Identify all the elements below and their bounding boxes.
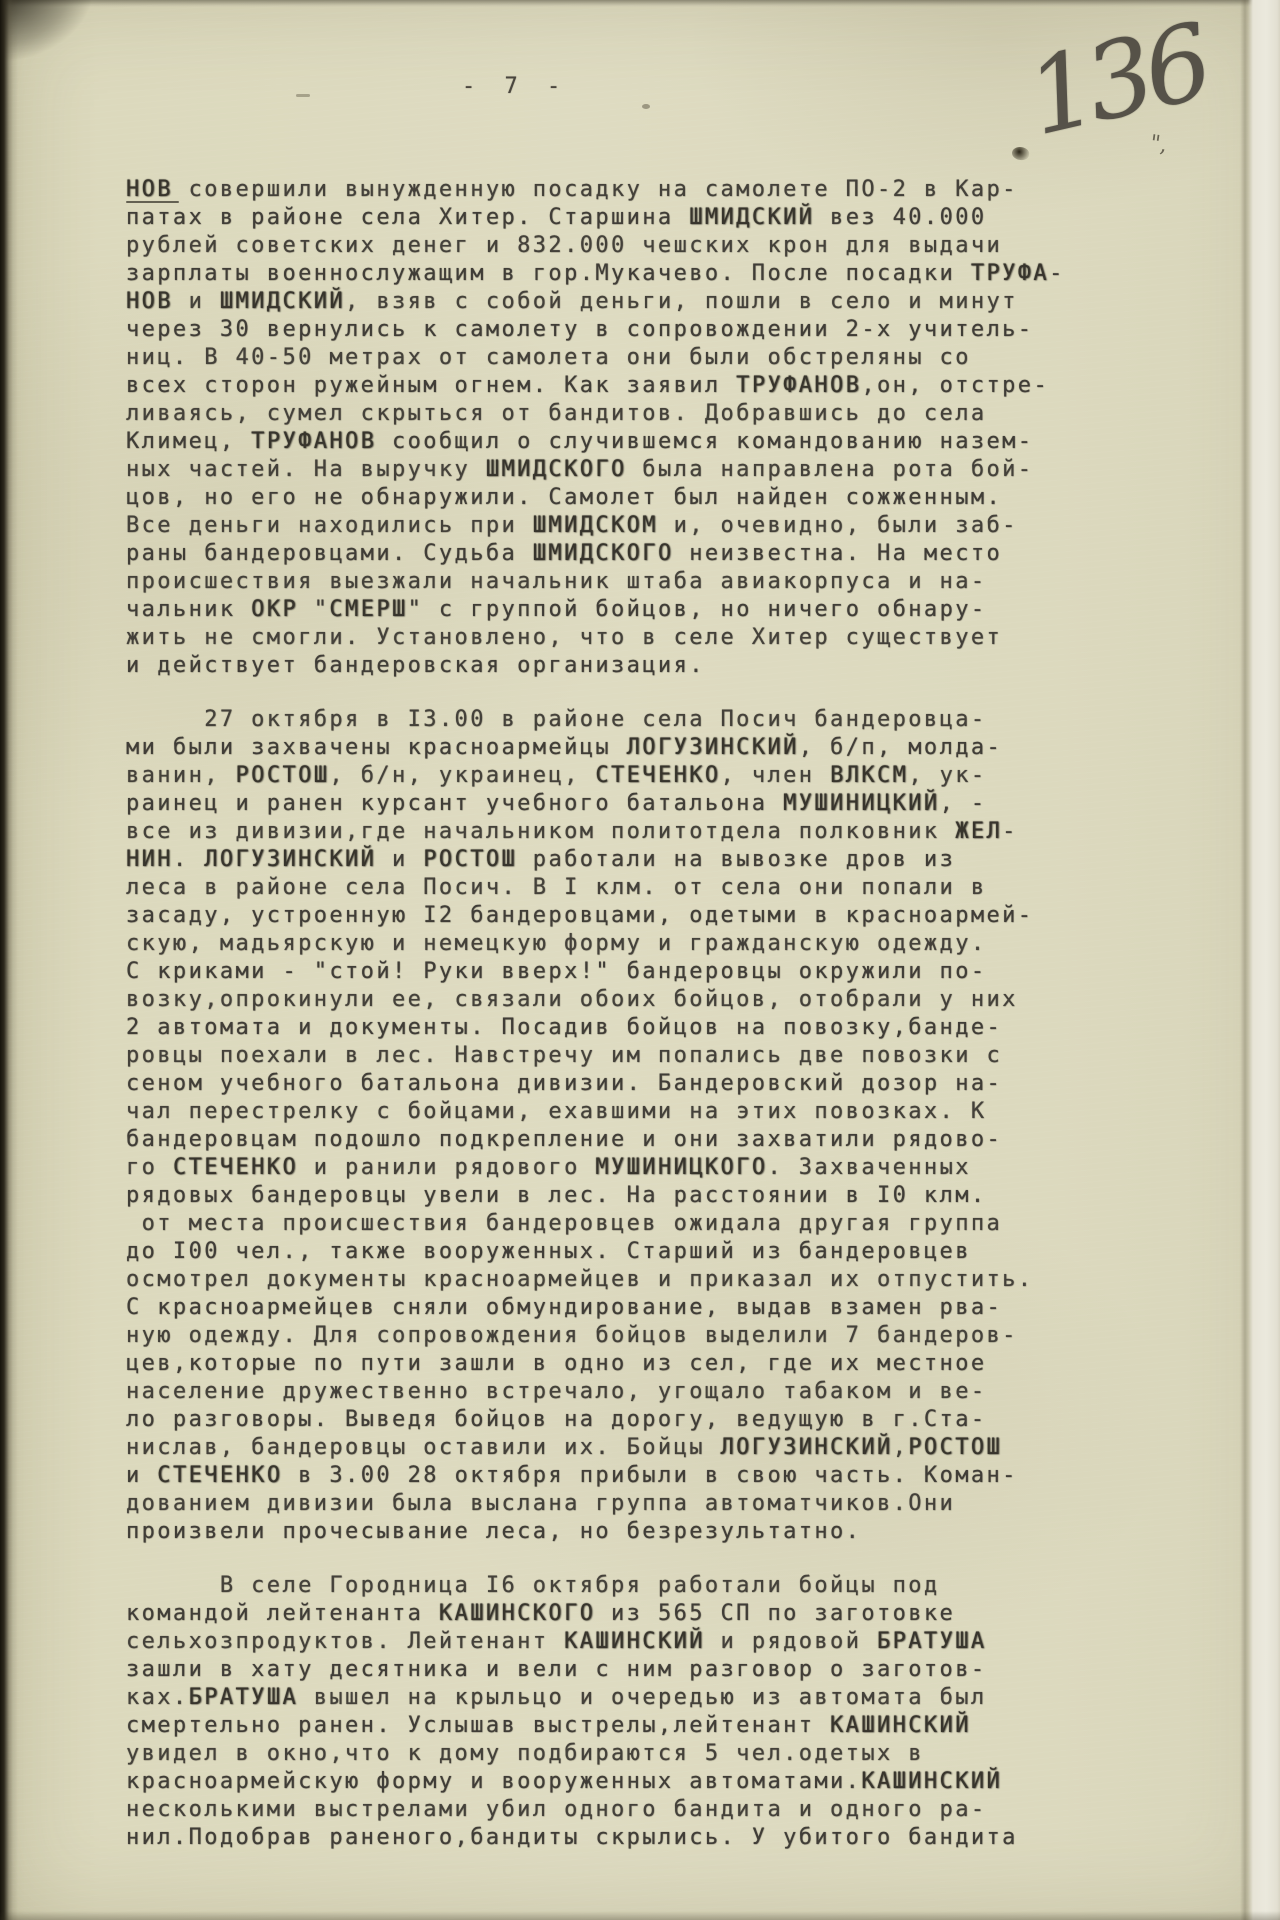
text-line: сельхозпродуктов. Лейтенант КАШИНСКИЙ и … xyxy=(126,1628,1065,1656)
text-line: происшествия выезжали начальник штаба ав… xyxy=(126,568,1065,596)
overstruck-name: ШМИДСКОГО xyxy=(533,541,674,566)
text-line: раинец и ранен курсант учебного батальон… xyxy=(126,790,1065,818)
overstruck-name: КАШИНСКИЙ xyxy=(830,1713,971,1738)
overstruck-name: ШМИДСКОМ xyxy=(533,513,658,538)
text-line: и СТЕЧЕНКО в 3.00 28 октября прибыли в с… xyxy=(126,1462,1065,1490)
overstruck-name: НОВ xyxy=(126,177,173,202)
text-line: бандеровцам подошло подкрепление и они з… xyxy=(126,1126,1065,1154)
overstruck-name: ШМИДСКИЙ xyxy=(689,205,814,230)
text-line: Климец, ТРУФАНОВ сообщил о случившемся к… xyxy=(126,428,1065,456)
text-line: несколькими выстрелами убил одного банди… xyxy=(126,1796,1065,1824)
text-line: увидел в окно,что к дому подбираются 5 ч… xyxy=(126,1740,1065,1768)
text-line: рублей советских денег и 832.000 чешских… xyxy=(126,232,1065,260)
text-line: ливаясь, сумел скрыться от бандитов. Доб… xyxy=(126,400,1065,428)
overstruck-name: СТЕЧЕНКО xyxy=(157,1463,282,1488)
scan-edge-right xyxy=(1240,0,1280,1920)
page-number: - 7 - xyxy=(462,74,568,100)
text-line: рядовых бандеровцы увели в лес. На расст… xyxy=(126,1182,1065,1210)
text-line: В селе Городница I6 октября работали бой… xyxy=(126,1572,1065,1600)
overstruck-name: СМЕРШ xyxy=(329,597,407,622)
text-line: леса в районе села Посич. В I клм. от се… xyxy=(126,874,1065,902)
text-line: ниц. В 40-50 метрах от самолета они были… xyxy=(126,344,1065,372)
overstruck-name: ЛОГУЗИНСКИЙ xyxy=(721,1435,893,1460)
text-line: засаду, устроенную I2 бандеровцами, одет… xyxy=(126,902,1065,930)
text-line: цев,которые по пути зашли в одно из сел,… xyxy=(126,1350,1065,1378)
text-line: чальник ОКР "СМЕРШ" с группой бойцов, но… xyxy=(126,596,1065,624)
overstruck-name: БРАТУША xyxy=(189,1685,299,1710)
overstruck-name: РОСТОШ xyxy=(908,1435,1002,1460)
text-line: ми были захвачены красноармейцы ЛОГУЗИНС… xyxy=(126,734,1065,762)
overstruck-name: КАШИНСКИЙ xyxy=(564,1629,705,1654)
overstruck-name: ТРУФАНОВ xyxy=(251,429,376,454)
text-line: смертельно ранен. Услышав выстрелы,лейте… xyxy=(126,1712,1065,1740)
scan-edge-left xyxy=(0,0,18,1920)
overstruck-name: РОСТОШ xyxy=(236,763,330,788)
text-line: нил.Подобрав раненого,бандиты скрылись. … xyxy=(126,1824,1065,1852)
text-line: всех сторон ружейным огнем. Как заявил Т… xyxy=(126,372,1065,400)
overstruck-name: ЖЕЛ xyxy=(955,819,1002,844)
text-line: осмотрел документы красноармейцев и прик… xyxy=(126,1266,1065,1294)
text-line: Все деньги находились при ШМИДСКОМ и, оч… xyxy=(126,512,1065,540)
text-line: скую, мадьярскую и немецкую форму и граж… xyxy=(126,930,1065,958)
text-line: ло разговоры. Выведя бойцов на дорогу, в… xyxy=(126,1406,1065,1434)
text-line: возку,опрокинули ее, связали обоих бойцо… xyxy=(126,986,1065,1014)
text-line: командой лейтенанта КАШИНСКОГО из 565 СП… xyxy=(126,1600,1065,1628)
text-line: сеном учебного батальона дивизии. Бандер… xyxy=(126,1070,1065,1098)
text-line: С красноармейцев сняли обмундирование, в… xyxy=(126,1294,1065,1322)
text-line: ках.БРАТУША вышел на крыльцо и очередью … xyxy=(126,1684,1065,1712)
overstruck-name: ШМИДСКОГО xyxy=(486,457,627,482)
text-line: ванин, РОСТОШ, б/н, украинец, СТЕЧЕНКО, … xyxy=(126,762,1065,790)
overstruck-name: НОВ xyxy=(126,289,173,314)
text-line: патах в районе села Хитер. Старшина ШМИД… xyxy=(126,204,1065,232)
text-line: через 30 вернулись к самолету в сопровож… xyxy=(126,316,1065,344)
text-line: НИН. ЛОГУЗИНСКИЙ и РОСТОШ работали на вы… xyxy=(126,846,1065,874)
overstruck-name: ОКР xyxy=(251,597,298,622)
ink-speck xyxy=(296,94,310,97)
document-scan: - 7 - 136 ", НОВ совершили вынужденную п… xyxy=(0,0,1280,1920)
text-line: чал перестрелку с бойцами, ехавшими на э… xyxy=(126,1098,1065,1126)
text-line: С криками - "стой! Руки вверх!" бандеров… xyxy=(126,958,1065,986)
text-line: до I00 чел., также вооруженных. Старший … xyxy=(126,1238,1065,1266)
overstruck-name: ШМИДСКИЙ xyxy=(220,289,345,314)
ink-speck xyxy=(642,104,650,109)
overstruck-name: РОСТОШ xyxy=(423,847,517,872)
text-line: нислав, бандеровцы оставили их. Бойцы ЛО… xyxy=(126,1434,1065,1462)
text-line: ную одежду. Для сопровождения бойцов выд… xyxy=(126,1322,1065,1350)
overstruck-name: ТРУФА xyxy=(971,261,1049,286)
text-line: НОВ и ШМИДСКИЙ, взяв с собой деньги, пош… xyxy=(126,288,1065,316)
ink-blot xyxy=(1011,145,1031,162)
paragraph: НОВ совершили вынужденную посадку на сам… xyxy=(126,176,1065,680)
text-line: НОВ совершили вынужденную посадку на сам… xyxy=(126,176,1065,204)
text-line: ных частей. На выручку ШМИДСКОГО была на… xyxy=(126,456,1065,484)
overstruck-name: ЛОГУЗИНСКИЙ xyxy=(627,735,799,760)
text-line: дованием дивизии была выслана группа авт… xyxy=(126,1490,1065,1518)
text-line: цов, но его не обнаружили. Самолет был н… xyxy=(126,484,1065,512)
text-line: красноармейскую форму и вооруженных авто… xyxy=(126,1768,1065,1796)
overstruck-name: МУШИНИЦКИЙ xyxy=(783,791,939,816)
scan-edge-top xyxy=(0,0,1280,7)
document-text: НОВ совершили вынужденную посадку на сам… xyxy=(126,176,1065,1878)
text-line: произвели прочесывание леса, но безрезул… xyxy=(126,1518,1065,1546)
text-line: и действует бандеровская организация. xyxy=(126,652,1065,680)
overstruck-name: НИН xyxy=(126,847,173,872)
scan-edge-bottom xyxy=(0,1911,1280,1920)
overstruck-name: ТРУФАНОВ xyxy=(736,373,861,398)
text-line: зашли в хату десятника и вели с ним разг… xyxy=(126,1656,1065,1684)
handwritten-mark: ", xyxy=(1149,133,1169,157)
overstruck-name: ЛОГУЗИНСКИЙ xyxy=(204,847,376,872)
text-line: население дружественно встречало, угощал… xyxy=(126,1378,1065,1406)
text-line: го СТЕЧЕНКО и ранили рядового МУШИНИЦКОГ… xyxy=(126,1154,1065,1182)
overstruck-name: МУШИНИЦКОГО xyxy=(595,1155,767,1180)
text-line: раны бандеровцами. Судьба ШМИДСКОГО неиз… xyxy=(126,540,1065,568)
paragraph: В селе Городница I6 октября работали бой… xyxy=(126,1572,1065,1852)
overstruck-name: СТЕЧЕНКО xyxy=(173,1155,298,1180)
text-line: ровцы поехали в лес. Навстречу им попали… xyxy=(126,1042,1065,1070)
paragraph: 27 октября в I3.00 в районе села Посич б… xyxy=(126,706,1065,1546)
handwritten-folio-number: 136 xyxy=(1018,7,1216,153)
text-line: все из дивизии,где начальником политотде… xyxy=(126,818,1065,846)
text-line: 27 октября в I3.00 в районе села Посич б… xyxy=(126,706,1065,734)
overstruck-name: СТЕЧЕНКО xyxy=(595,763,720,788)
text-line: от места происшествия бандеровцев ожидал… xyxy=(126,1210,1065,1238)
overstruck-name: КАШИНСКОГО xyxy=(439,1601,595,1626)
text-line: 2 автомата и документы. Посадив бойцов н… xyxy=(126,1014,1065,1042)
text-line: зарплаты военнослужащим в гор.Мукачево. … xyxy=(126,260,1065,288)
overstruck-name: ВЛКСМ xyxy=(830,763,908,788)
text-line: жить не смогли. Установлено, что в селе … xyxy=(126,624,1065,652)
overstruck-name: КАШИНСКИЙ xyxy=(861,1769,1002,1794)
overstruck-name: БРАТУША xyxy=(877,1629,987,1654)
